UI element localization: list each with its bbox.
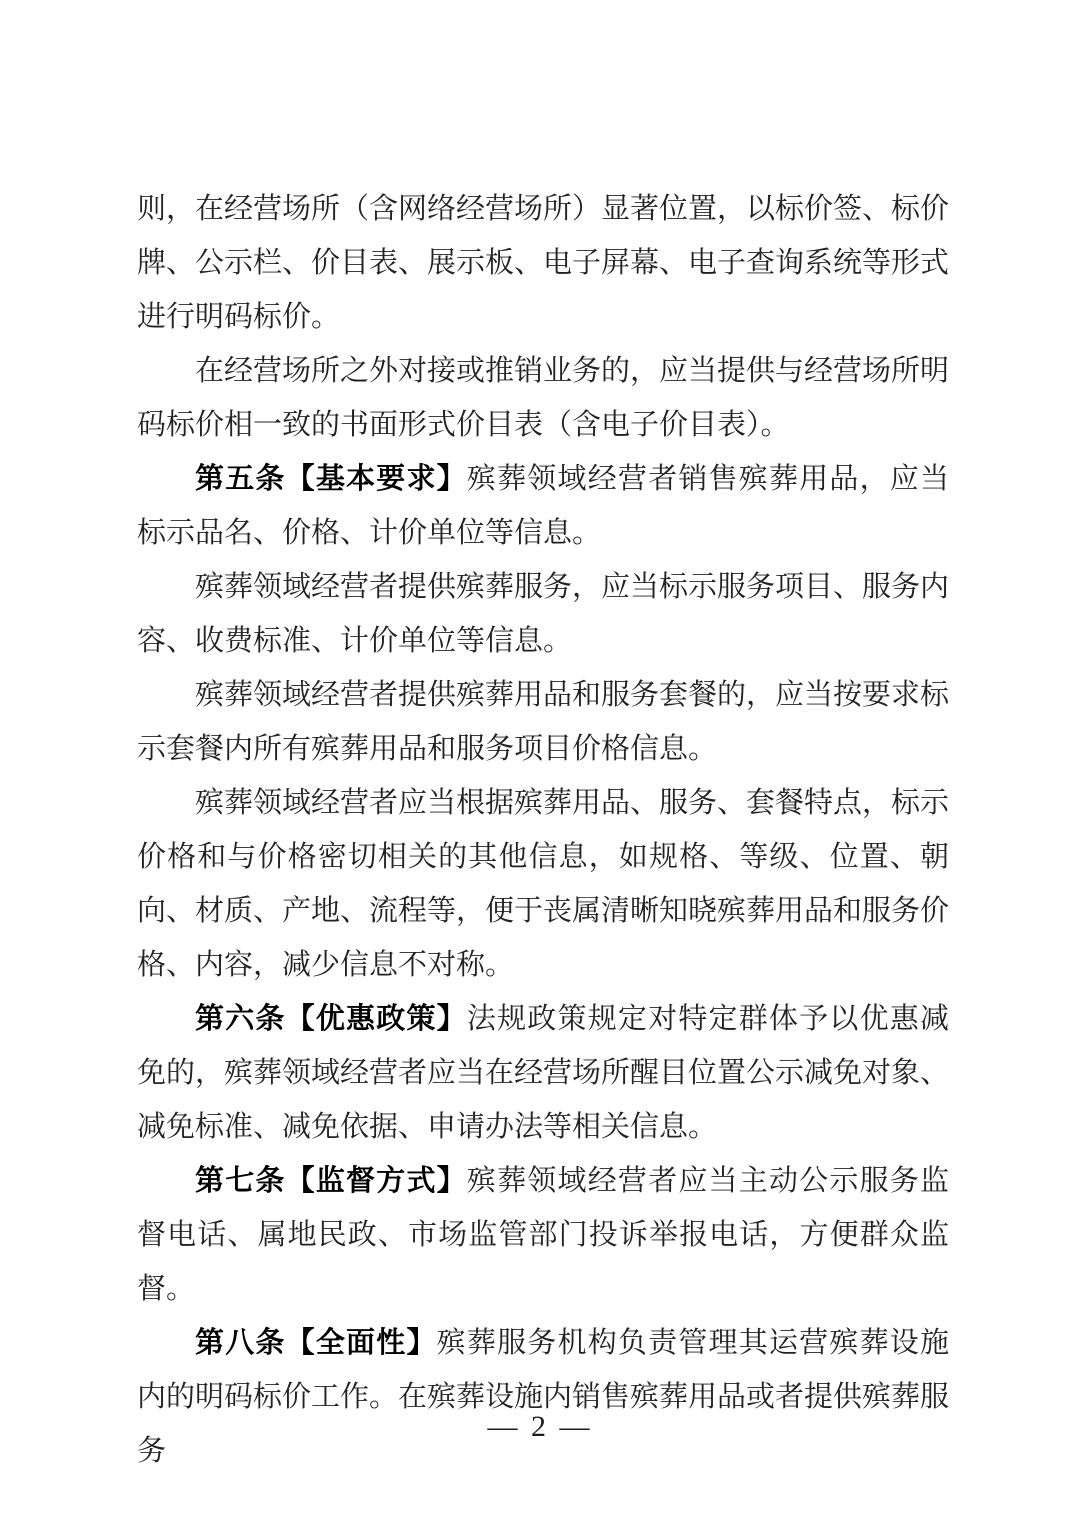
article-heading: 第七条【监督方式】: [195, 1165, 467, 1197]
article-heading: 第六条【优惠政策】: [195, 1003, 467, 1035]
document-body: 则，在经营场所（含网络经营场所）显著位置，以标价签、标价牌、公示栏、价目表、展示…: [137, 182, 949, 1478]
paragraph-offsite-pricing: 在经营场所之外对接或推销业务的，应当提供与经营场所明码标价相一致的书面形式价目表…: [137, 344, 949, 452]
paragraph-text: 殡葬领域经营者提供殡葬用品和服务套餐的，应当按要求标示套餐内所有殡葬用品和服务项…: [137, 679, 949, 765]
paragraph-package-labeling: 殡葬领域经营者提供殡葬用品和服务套餐的，应当按要求标示套餐内所有殡葬用品和服务项…: [137, 668, 949, 776]
paragraph-text: 在经营场所之外对接或推销业务的，应当提供与经营场所明码标价相一致的书面形式价目表…: [137, 355, 949, 441]
article-7-supervision-method: 第七条【监督方式】殡葬领域经营者应当主动公示服务监督电话、属地民政、市场监管部门…: [137, 1154, 949, 1316]
paragraph-text: 则，在经营场所（含网络经营场所）显著位置，以标价签、标价牌、公示栏、价目表、展示…: [137, 193, 949, 333]
page-number: — 2 —: [488, 1410, 593, 1443]
article-heading: 第八条【全面性】: [195, 1327, 437, 1359]
article-heading: 第五条【基本要求】: [195, 463, 467, 495]
paragraph-service-labeling: 殡葬领域经营者提供殡葬服务，应当标示服务项目、服务内容、收费标准、计价单位等信息…: [137, 560, 949, 668]
document-page: 则，在经营场所（含网络经营场所）显著位置，以标价签、标价牌、公示栏、价目表、展示…: [0, 0, 1080, 1528]
article-5-basic-requirements: 第五条【基本要求】殡葬领域经营者销售殡葬用品，应当标示品名、价格、计价单位等信息…: [137, 452, 949, 560]
article-6-preferential-policy: 第六条【优惠政策】法规政策规定对特定群体予以优惠减免的，殡葬领域经营者应当在经营…: [137, 992, 949, 1154]
continuation-paragraph: 则，在经营场所（含网络经营场所）显著位置，以标价签、标价牌、公示栏、价目表、展示…: [137, 182, 949, 344]
article-8-comprehensiveness: 第八条【全面性】殡葬服务机构负责管理其运营殡葬设施内的明码标价工作。在殡葬设施内…: [137, 1316, 949, 1478]
paragraph-text: 殡葬领域经营者应当根据殡葬用品、服务、套餐特点，标示价格和与价格密切相关的其他信…: [137, 787, 949, 981]
page-footer: — 2 —: [0, 1410, 1080, 1444]
paragraph-text: 殡葬领域经营者提供殡葬服务，应当标示服务项目、服务内容、收费标准、计价单位等信息…: [137, 571, 949, 657]
paragraph-related-price-info: 殡葬领域经营者应当根据殡葬用品、服务、套餐特点，标示价格和与价格密切相关的其他信…: [137, 776, 949, 992]
